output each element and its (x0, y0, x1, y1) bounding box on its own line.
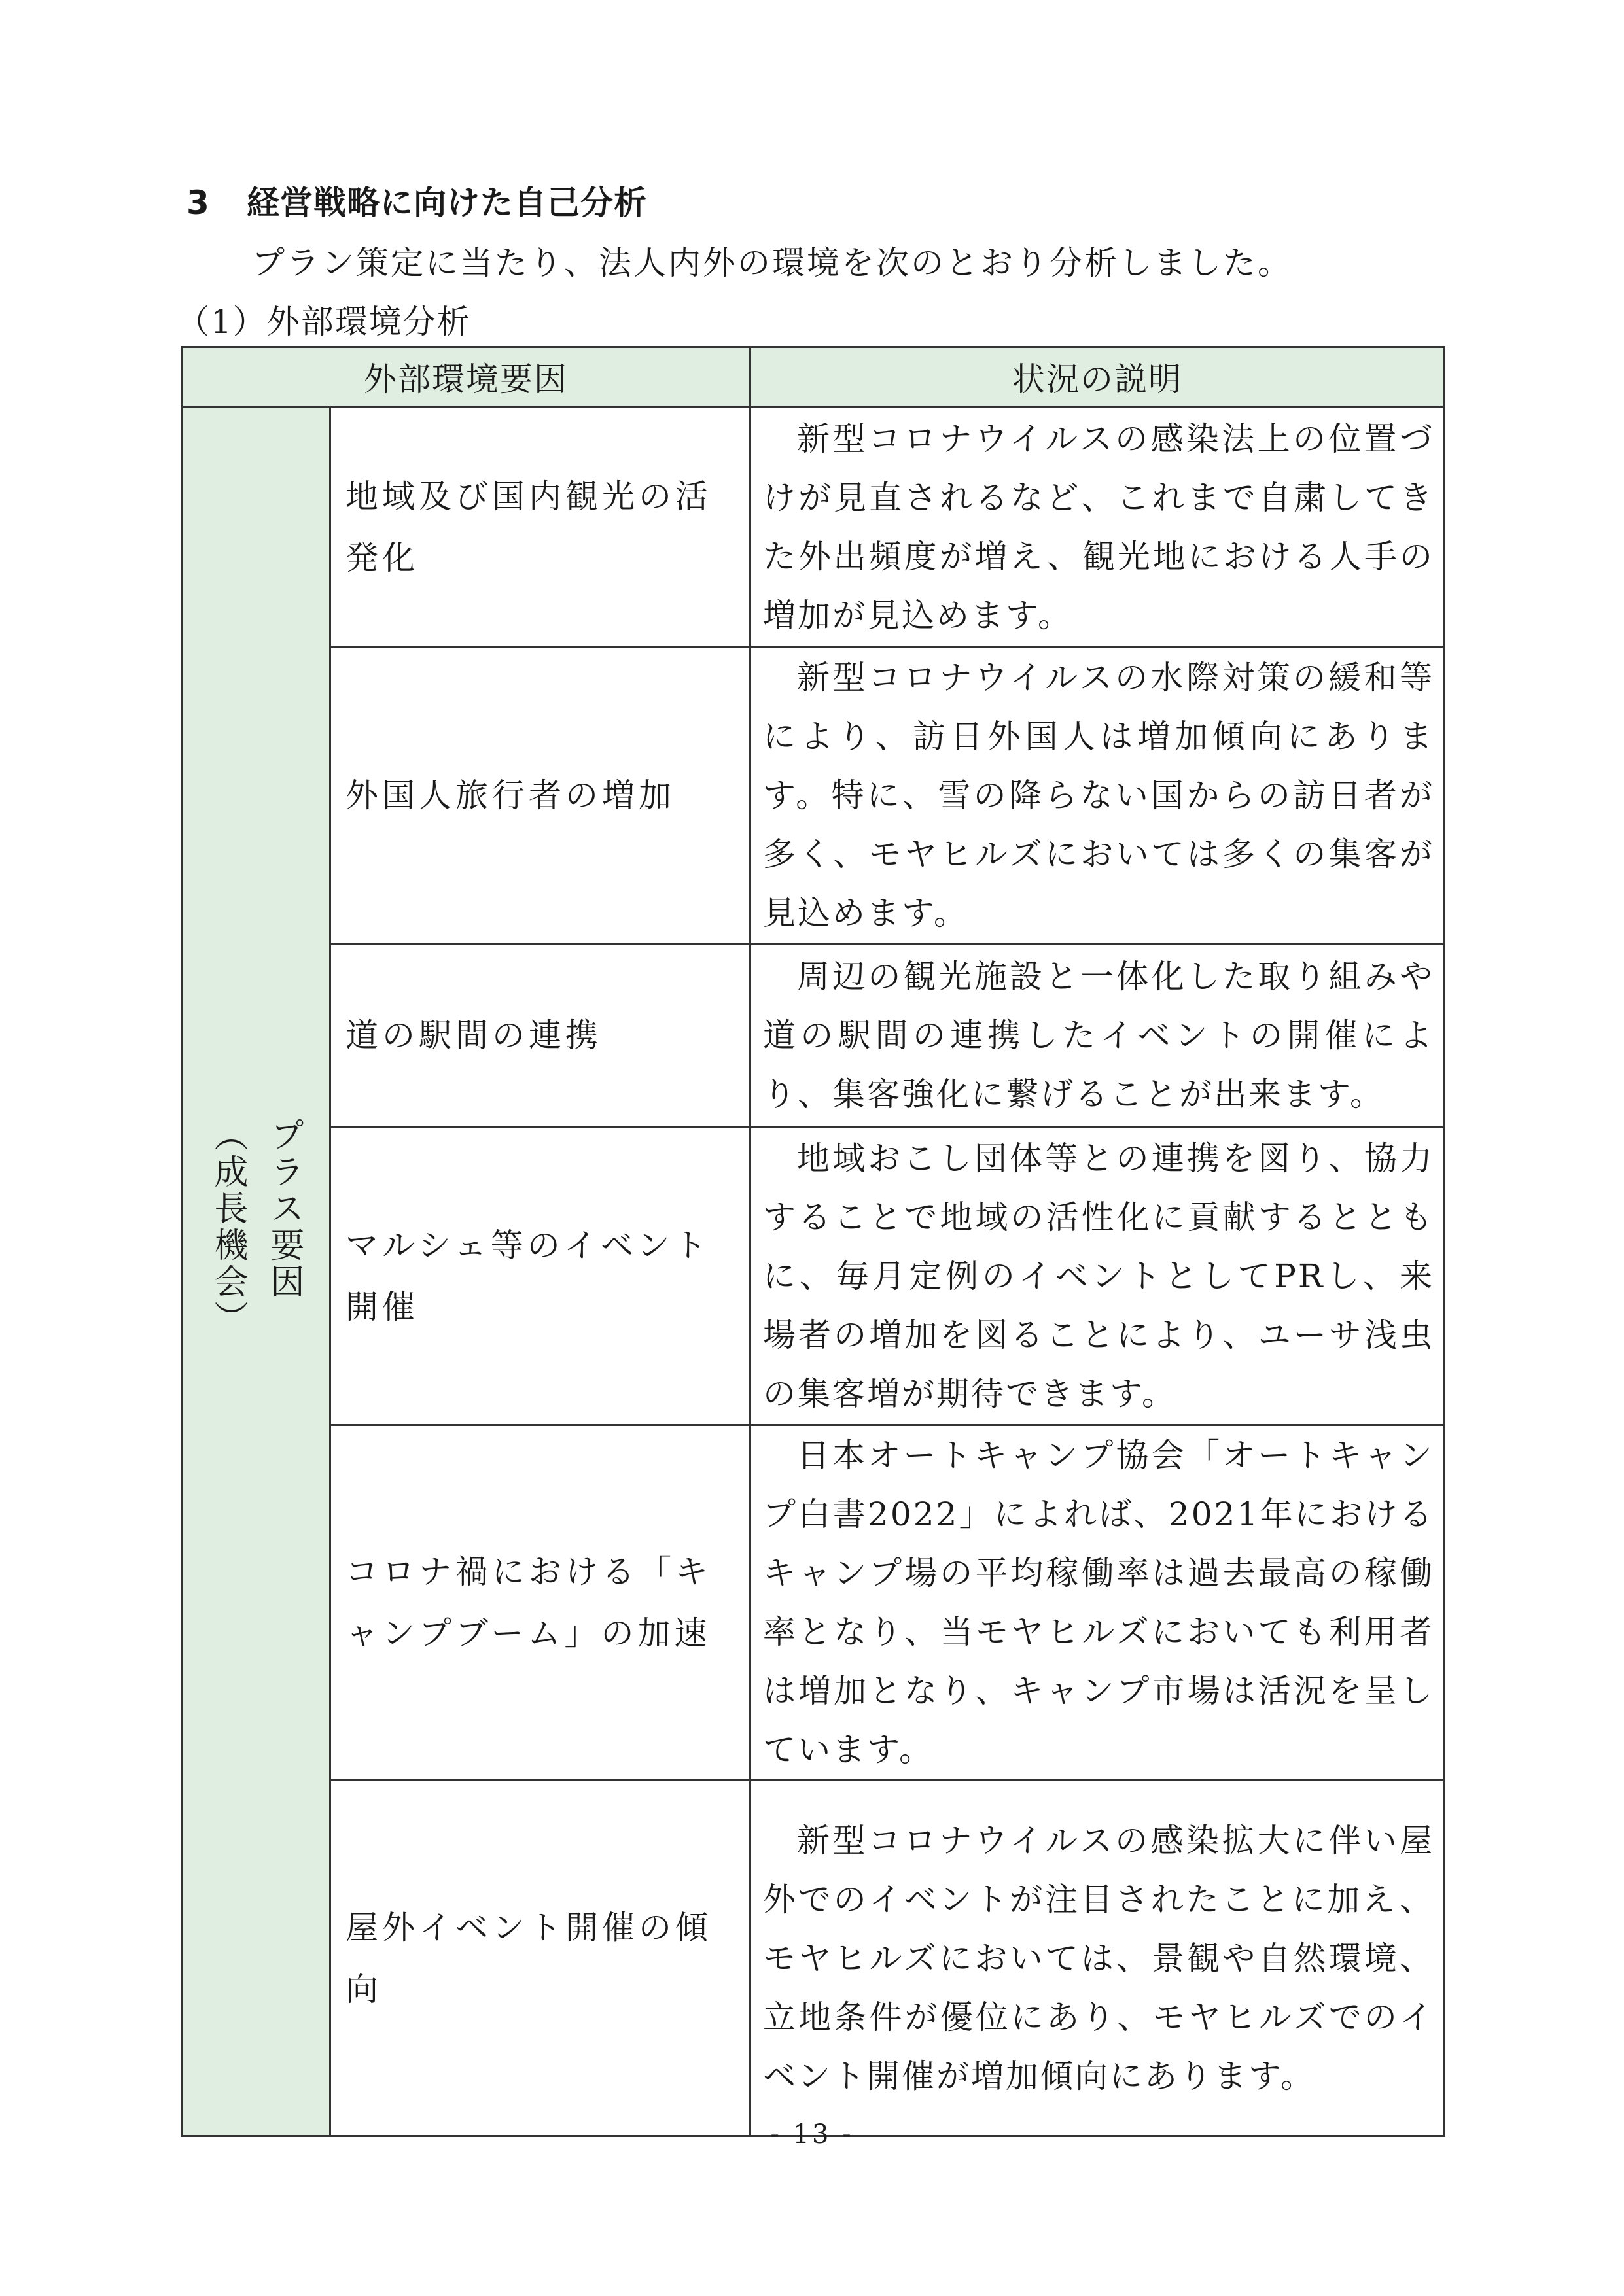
table-row: コロナ禍における「キャンプブーム」の加速 日本オートキャンプ協会「オートキャンプ… (182, 1425, 1445, 1781)
factor-cell: 屋外イベント開催の傾向 (330, 1781, 750, 2136)
section-number: 3 (186, 184, 247, 222)
category-sublabel: （成長機会） (208, 1117, 247, 1337)
description-cell: 新型コロナウイルスの感染法上の位置づけが見直されるなど、これまで自粛してきた外出… (750, 407, 1445, 648)
header-factor: 外部環境要因 (182, 347, 750, 407)
description-cell: 新型コロナウイルスの感染拡大に伴い屋外でのイベントが注目されたことに加え、モヤヒ… (750, 1781, 1445, 2136)
table-row: プラス要因（成長機会） 地域及び国内観光の活発化 新型コロナウイルスの感染法上の… (182, 407, 1445, 648)
page-number: - 13 - (0, 2119, 1624, 2149)
table-row: 道の駅間の連携 周辺の観光施設と一体化した取り組みや道の駅間の連携したイベントの… (182, 944, 1445, 1127)
external-environment-table: 外部環境要因 状況の説明 プラス要因（成長機会） 地域及び国内観光の活発化 新型… (181, 346, 1445, 2137)
section-heading: 3経営戦略に向けた自己分析 (186, 177, 647, 224)
description-cell: 周辺の観光施設と一体化した取り組みや道の駅間の連携したイベントの開催により、集客… (750, 944, 1445, 1127)
description-cell: 地域おこし団体等との連携を図り、協力することで地域の活性化に貢献するとともに、毎… (750, 1127, 1445, 1425)
factor-cell: 外国人旅行者の増加 (330, 648, 750, 944)
factor-cell: マルシェ等のイベント開催 (330, 1127, 750, 1425)
table-row: 屋外イベント開催の傾向 新型コロナウイルスの感染拡大に伴い屋外でのイベントが注目… (182, 1781, 1445, 2136)
category-cell: プラス要因（成長機会） (182, 407, 330, 2136)
intro-paragraph: プラン策定に当たり、法人内外の環境を次のとおり分析しました。 (252, 237, 1292, 284)
table-header-row: 外部環境要因 状況の説明 (182, 347, 1445, 407)
description-cell: 日本オートキャンプ協会「オートキャンプ白書2022」によれば、2021年における… (750, 1425, 1445, 1781)
header-description: 状況の説明 (750, 347, 1445, 407)
factor-cell: 地域及び国内観光の活発化 (330, 407, 750, 648)
category-label: プラス要因 (264, 1117, 304, 1300)
factor-cell: コロナ禍における「キャンプブーム」の加速 (330, 1425, 750, 1781)
table-row: マルシェ等のイベント開催 地域おこし団体等との連携を図り、協力することで地域の活… (182, 1127, 1445, 1425)
subsection-heading: （1）外部環境分析 (177, 296, 471, 343)
section-title-text: 経営戦略に向けた自己分析 (247, 184, 647, 222)
table-row: 外国人旅行者の増加 新型コロナウイルスの水際対策の緩和等により、訪日外国人は増加… (182, 648, 1445, 944)
factor-cell: 道の駅間の連携 (330, 944, 750, 1127)
description-cell: 新型コロナウイルスの水際対策の緩和等により、訪日外国人は増加傾向にあります。特に… (750, 648, 1445, 944)
category-label-block: プラス要因（成長機会） (200, 1117, 312, 1418)
